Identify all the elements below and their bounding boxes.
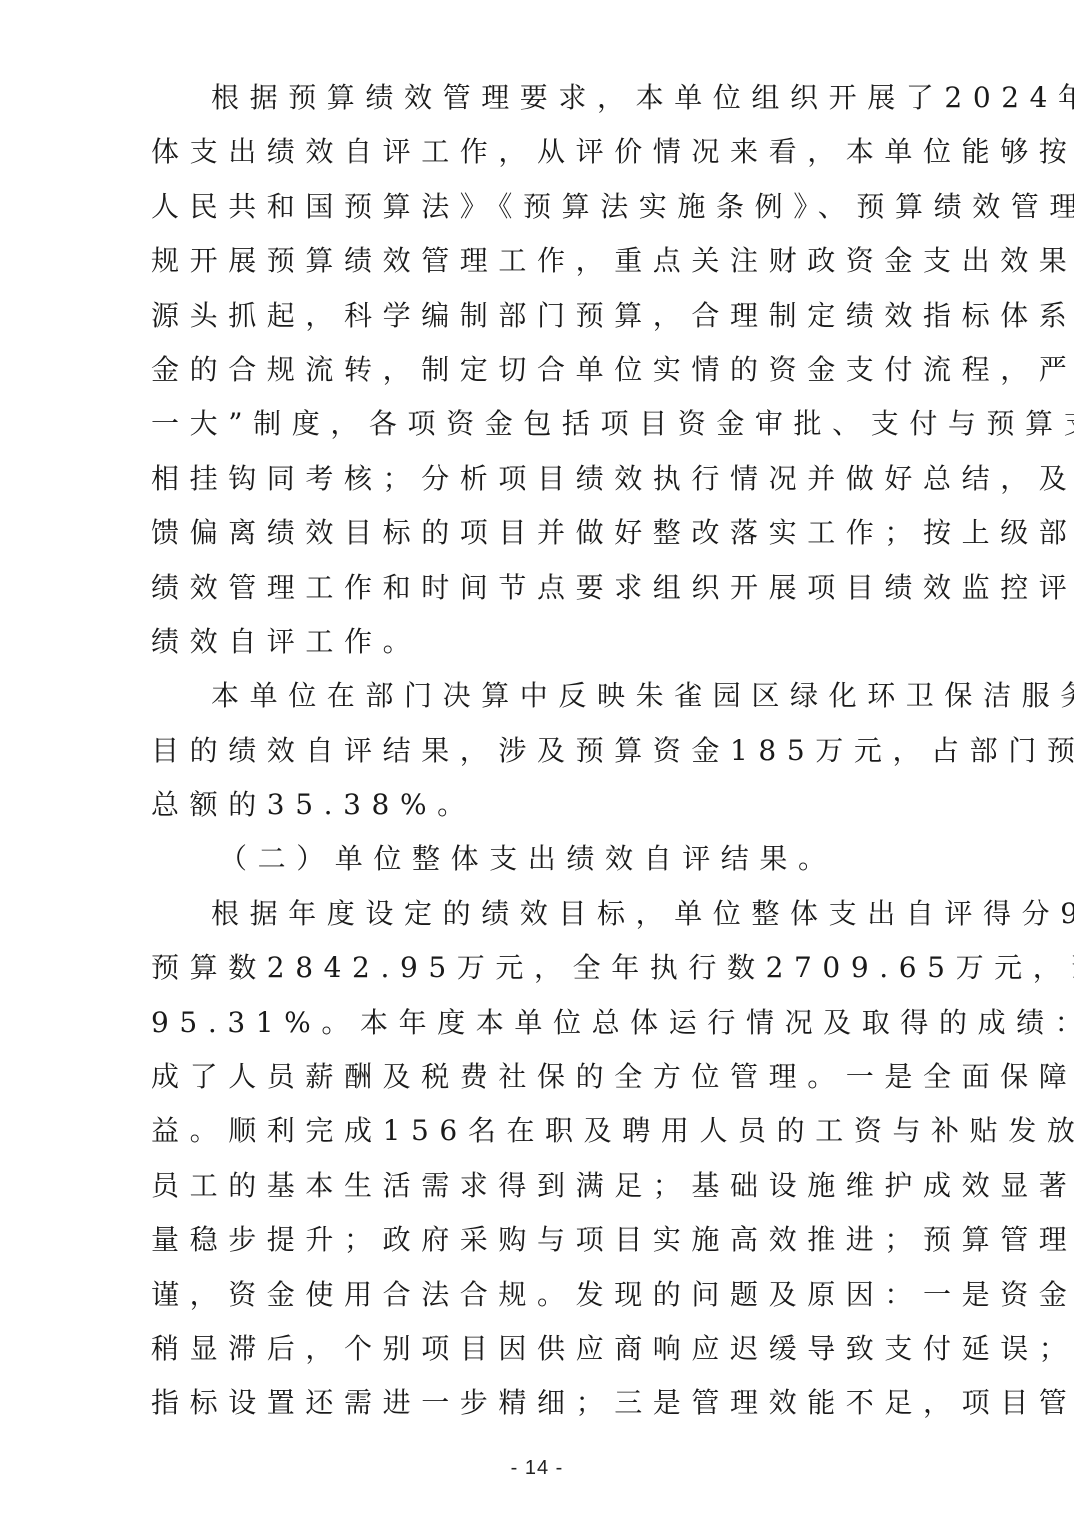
section-heading: （二）单位整体支出绩效自评结果。 <box>151 832 931 886</box>
paragraph-1-line-2: 体支出绩效自评工作，从评价情况来看，本单位能够按照《中华 <box>151 125 931 179</box>
paragraph-3-line-7: 量稳步提升；政府采购与项目实施高效推进；预算管理精细严 <box>151 1213 931 1267</box>
paragraph-2-line-3: 总额的35.38%。 <box>151 778 931 832</box>
paragraph-1-line-8: 相挂钩同考核；分析项目绩效执行情况并做好总结，及时检查反 <box>151 452 931 506</box>
paragraph-3-line-5: 益。顺利完成156名在职及聘用人员的工资与补贴发放，确保每位 <box>151 1104 931 1158</box>
paragraph-1-line-4: 规开展预算绩效管理工作，重点关注财政资金支出效果，从预算 <box>151 234 931 288</box>
paragraph-3-line-4: 成了人员薪酬及税费社保的全方位管理。一是全面保障人员权 <box>151 1050 931 1104</box>
paragraph-1-line-6: 金的合规流转，制定切合单位实情的资金支付流程，严格“三重 <box>151 343 931 397</box>
page-number: - 14 - <box>0 1457 1074 1480</box>
paragraph-3-line-8: 谨，资金使用合法合规。发现的问题及原因：一是资金支付进度 <box>151 1268 931 1322</box>
paragraph-2-line-1: 本单位在部门决算中反映朱雀园区绿化环卫保洁服务一级项 <box>151 669 931 723</box>
paragraph-1-line-5: 源头抓起，科学编制部门预算，合理制定绩效指标体系，严控资 <box>151 289 931 343</box>
paragraph-3-line-9: 稍显滞后，个别项目因供应商响应迟缓导致支付延误；二是绩效 <box>151 1322 931 1376</box>
paragraph-1-line-3: 人民共和国预算法》《预算法实施条例》、预算绩效管理相关法 <box>151 180 931 234</box>
paragraph-1-line-11: 绩效自评工作。 <box>151 615 931 669</box>
paragraph-1-line-7: 一大”制度，各项资金包括项目资金审批、支付与预算支付进度 <box>151 397 931 451</box>
document-page: 根据预算绩效管理要求，本单位组织开展了2024年度部门整 体支出绩效自评工作，从… <box>0 0 1074 1520</box>
paragraph-1-line-10: 绩效管理工作和时间节点要求组织开展项目绩效监控评价和项目 <box>151 561 931 615</box>
paragraph-3-line-1: 根据年度设定的绩效目标，单位整体支出自评得分95，全年 <box>151 887 931 941</box>
paragraph-3-line-6: 员工的基本生活需求得到满足；基础设施维护成效显著，服务质 <box>151 1159 931 1213</box>
document-body: 根据预算绩效管理要求，本单位组织开展了2024年度部门整 体支出绩效自评工作，从… <box>151 71 931 1431</box>
paragraph-3-line-10: 指标设置还需进一步精细；三是管理效能不足，项目管理人员专 <box>151 1376 931 1430</box>
paragraph-2-line-2: 目的绩效自评结果，涉及预算资金185万元，占部门预算项目支出 <box>151 724 931 778</box>
paragraph-1-line-1: 根据预算绩效管理要求，本单位组织开展了2024年度部门整 <box>151 71 931 125</box>
paragraph-1-line-9: 馈偏离绩效目标的项目并做好整改落实工作；按上级部门对预算 <box>151 506 931 560</box>
paragraph-3-line-3: 95.31%。本年度本单位总体运行情况及取得的成绩：中心圆满完 <box>151 996 931 1050</box>
paragraph-3-line-2: 预算数2842.95万元，全年执行数2709.65万元，预算执行率为 <box>151 941 931 995</box>
